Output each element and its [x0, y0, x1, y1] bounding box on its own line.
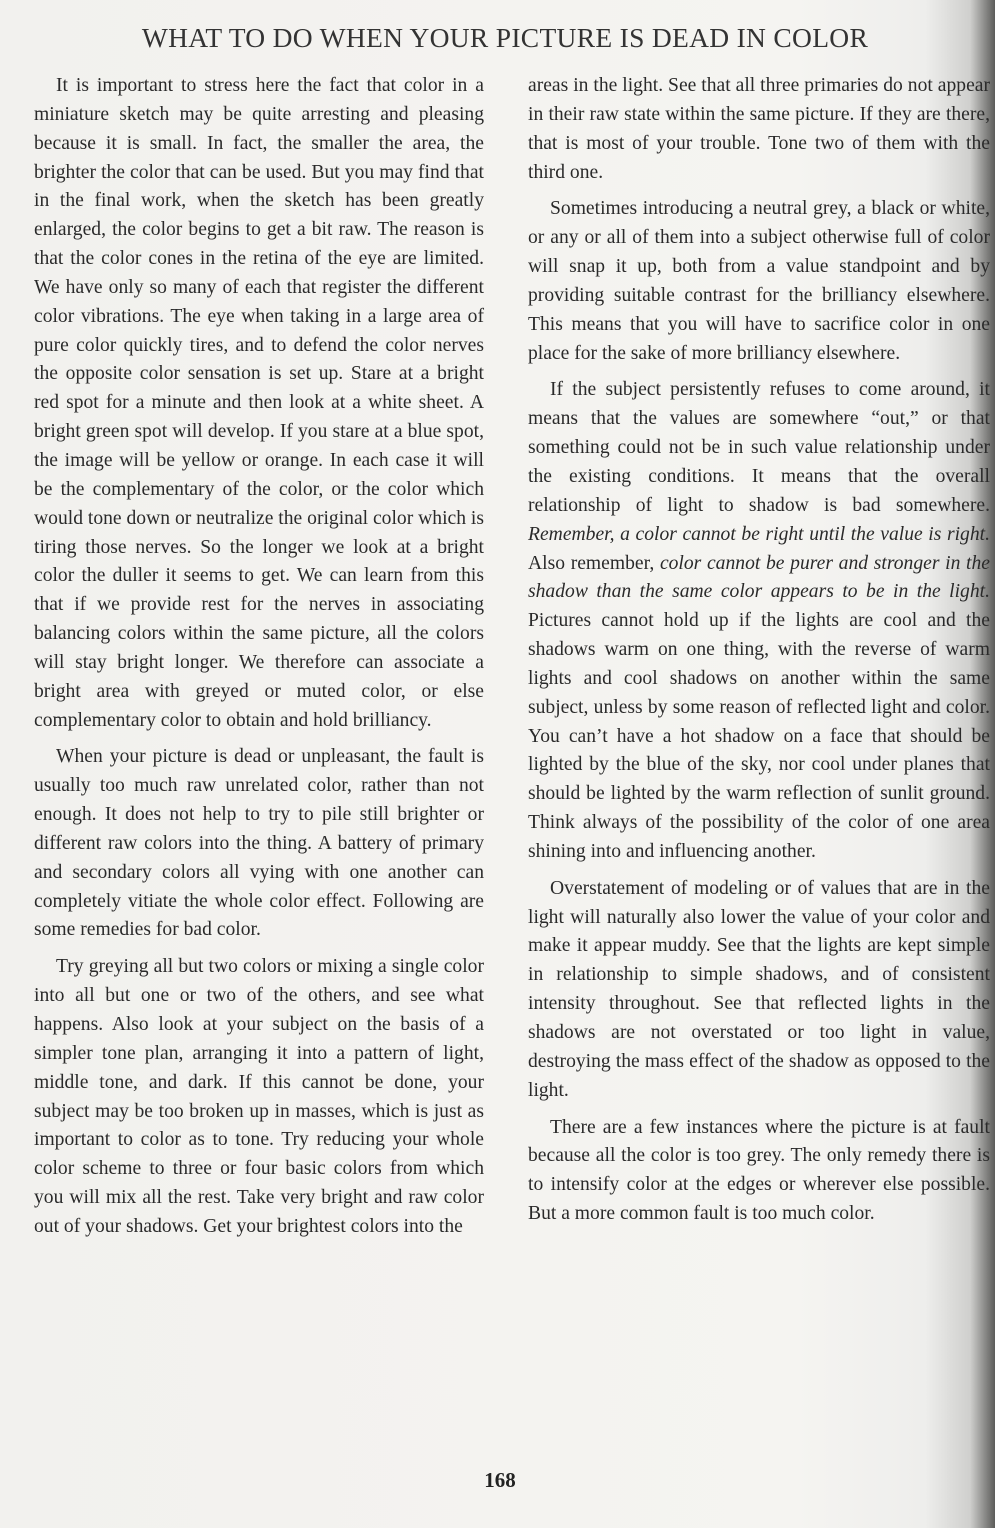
paragraph: There are a few instances where the pict… — [528, 1114, 990, 1229]
paragraph: Overstatement of modeling or of values t… — [528, 875, 990, 1106]
text-run: Also remember, — [528, 553, 660, 574]
paragraph: If the subject persistently refuses to c… — [528, 376, 990, 866]
book-page: WHAT TO DO WHEN YOUR PICTURE IS DEAD IN … — [0, 0, 995, 1528]
right-column: areas in the light. See that all three p… — [528, 72, 990, 1229]
page-title: WHAT TO DO WHEN YOUR PICTURE IS DEAD IN … — [0, 22, 995, 54]
paragraph: areas in the light. See that all three p… — [528, 72, 990, 187]
left-column: It is important to stress here the fact … — [34, 72, 484, 1242]
text-run: Pictures cannot hold up if the lights ar… — [528, 610, 990, 862]
text-run: If the subject persistently refuses to c… — [528, 379, 990, 515]
paragraph: When your picture is dead or unpleasant,… — [34, 743, 484, 945]
paragraph: It is important to stress here the fact … — [34, 72, 484, 735]
italic-emphasis: Remember, a color cannot be right until … — [528, 524, 990, 545]
page-number: 168 — [0, 1468, 995, 1493]
paragraph: Sometimes introducing a neutral grey, a … — [528, 195, 990, 368]
paragraph: Try greying all but two colors or mixing… — [34, 953, 484, 1241]
